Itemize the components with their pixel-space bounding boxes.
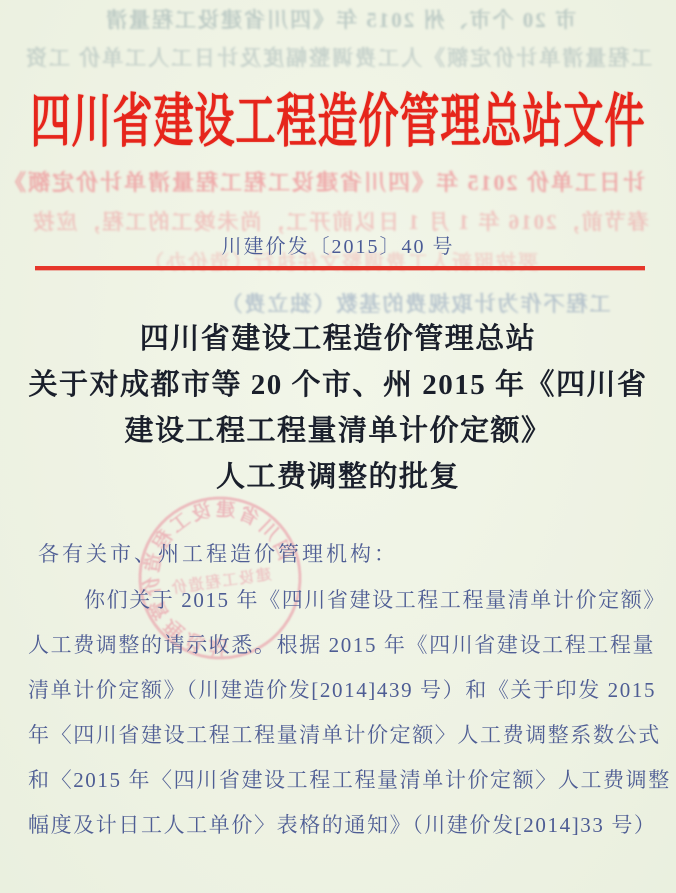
title-line-1: 四川省建设工程造价管理总站 xyxy=(0,316,676,362)
bleedthrough-text-line: 市 20 个市、州 2015 年《四川省建设工程量清 xyxy=(20,4,660,34)
title-line-4: 人工费调整的批复 xyxy=(0,454,676,500)
masthead-agency-title: 四川省建设工程造价管理总站文件 xyxy=(0,58,676,186)
bleedthrough-text-line: 工程不作为计取规费的基数（独立费） xyxy=(180,288,650,318)
body-paragraph: 你们关于 2015 年《四川省建设工程工程量清单计价定额》 人工费调整的请示收悉… xyxy=(28,578,654,848)
body-line-2: 人工费调整的请示收悉。根据 2015 年《四川省建设工程工程量 xyxy=(28,623,654,668)
title-line-2: 关于对成都市等 20 个市、州 2015 年《四川省 xyxy=(0,362,676,408)
title-line-3: 建设工程工程量清单计价定额》 xyxy=(0,408,676,454)
salutation-line: 各有关市、州工程造价管理机构： xyxy=(38,538,398,568)
red-divider-line xyxy=(35,266,645,270)
scanned-official-document-page: 市 20 个市、州 2015 年《四川省建设工程量清 工程量清单计价定额》人工费… xyxy=(0,0,676,893)
body-line-5: 和〈2015 年〈四川省建设工程工程量清单计价定额〉人工费调整 xyxy=(28,758,654,803)
body-line-1: 你们关于 2015 年《四川省建设工程工程量清单计价定额》 xyxy=(28,578,654,623)
body-line-6: 幅度及计日工人工单价〉表格的通知》（川建价发[2014]33 号） xyxy=(28,803,654,848)
document-title: 四川省建设工程造价管理总站 关于对成都市等 20 个市、州 2015 年《四川省… xyxy=(0,316,676,500)
document-number: 川建价发〔2015〕40 号 xyxy=(0,230,676,259)
body-line-4: 年〈四川省建设工程工程量清单计价定额〉人工费调整系数公式 xyxy=(28,713,654,758)
body-line-3: 清单计价定额》（川建造价发[2014]439 号）和《关于印发 2015 xyxy=(28,668,654,713)
